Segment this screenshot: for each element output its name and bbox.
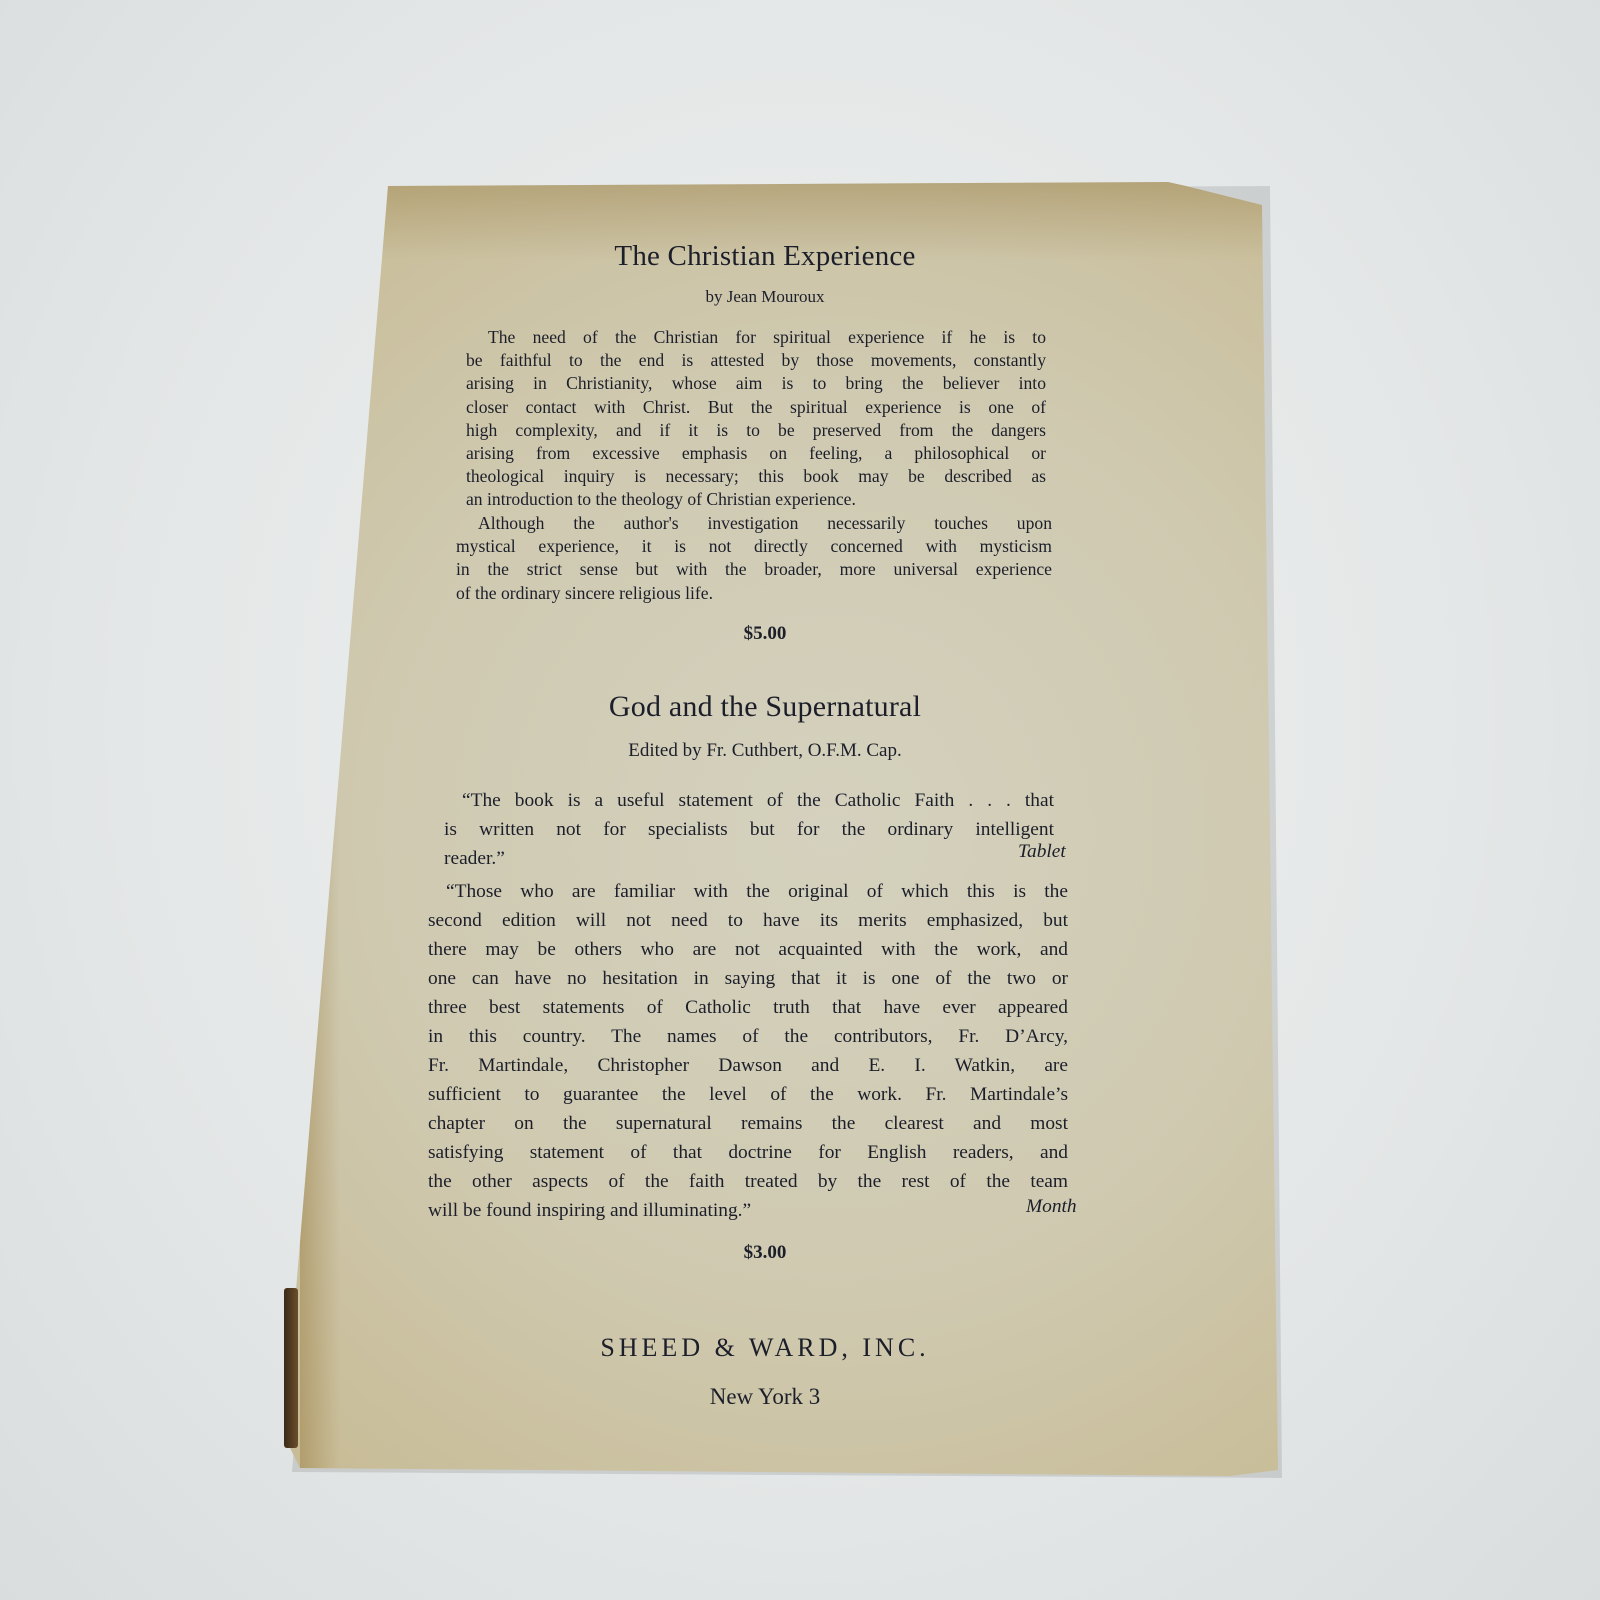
text-line: Although the author's investigation nece… bbox=[456, 512, 1052, 535]
book2-price: $3.00 bbox=[0, 1242, 1530, 1264]
book2-review-tablet: “The book is a useful statement of the C… bbox=[444, 786, 1054, 873]
text-line: arising in Christianity, whose aim is to… bbox=[466, 372, 1046, 395]
text-line: the other aspects of the faith treated b… bbox=[428, 1167, 1068, 1196]
book2-editor: Edited by Fr. Cuthbert, O.F.M. Cap. bbox=[0, 740, 1530, 762]
text-line: an introduction to the theology of Chris… bbox=[466, 488, 1046, 511]
text-line: second edition will not need to have its… bbox=[428, 906, 1068, 935]
text-line: there may be others who are not acquaint… bbox=[428, 935, 1068, 964]
text-line: “The book is a useful statement of the C… bbox=[444, 786, 1054, 815]
book1-title: The Christian Experience bbox=[0, 240, 1530, 273]
text-line: Fr. Martindale, Christopher Dawson and E… bbox=[428, 1051, 1068, 1080]
text-line: “Those who are familiar with the origina… bbox=[428, 877, 1068, 906]
text-line: three best statements of Catholic truth … bbox=[428, 993, 1068, 1022]
text-line: one can have no hesitation in saying tha… bbox=[428, 964, 1068, 993]
book1-description-continued: Although the author's investigation nece… bbox=[456, 512, 1052, 605]
publisher-name: SHEED & WARD, INC. bbox=[0, 1333, 1530, 1363]
text-line: in the strict sense but with the broader… bbox=[456, 558, 1052, 581]
book1-price: $5.00 bbox=[0, 623, 1530, 645]
text-line: in this country. The names of the contri… bbox=[428, 1022, 1068, 1051]
review-source-month: Month bbox=[1026, 1196, 1077, 1218]
text-line: be faithful to the end is attested by th… bbox=[466, 349, 1046, 372]
text-line: arising from excessive emphasis on feeli… bbox=[466, 442, 1046, 465]
review-source-tablet: Tablet bbox=[1018, 841, 1066, 863]
text-line: closer contact with Christ. But the spir… bbox=[466, 396, 1046, 419]
text-line: reader.” bbox=[444, 844, 1054, 873]
text-line: The need of the Christian for spiritual … bbox=[466, 326, 1046, 349]
text-line: theological inquiry is necessary; this b… bbox=[466, 465, 1046, 488]
book2-title: God and the Supernatural bbox=[0, 690, 1530, 724]
book1-author: by Jean Mouroux bbox=[0, 287, 1530, 307]
book2-review-month: “Those who are familiar with the origina… bbox=[428, 877, 1068, 1225]
text-line: is written not for specialists but for t… bbox=[444, 815, 1054, 844]
text-line: chapter on the supernatural remains the … bbox=[428, 1109, 1068, 1138]
text-line: satisfying statement of that doctrine fo… bbox=[428, 1138, 1068, 1167]
book1-description: The need of the Christian for spiritual … bbox=[466, 326, 1046, 512]
text-line: sufficient to guarantee the level of the… bbox=[428, 1080, 1068, 1109]
text-line: will be found inspiring and illuminating… bbox=[428, 1196, 1068, 1225]
text-line: mystical experience, it is not directly … bbox=[456, 535, 1052, 558]
cover-text: The Christian Experience by Jean Mouroux… bbox=[0, 0, 1600, 1600]
text-line: high complexity, and if it is to be pres… bbox=[466, 419, 1046, 442]
text-line: of the ordinary sincere religious life. bbox=[456, 582, 1052, 605]
publisher-city: New York 3 bbox=[0, 1384, 1530, 1410]
